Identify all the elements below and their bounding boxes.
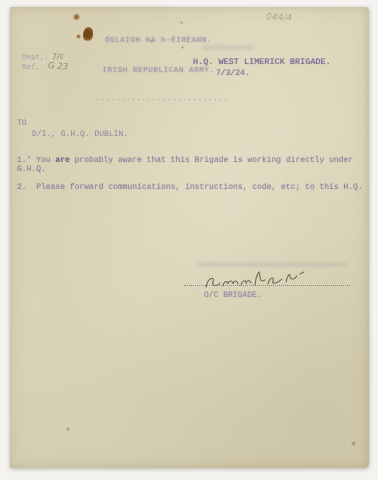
stain-spot xyxy=(76,34,81,39)
para1-number: 1.' xyxy=(17,156,31,165)
paragraph-1-line-2: G.H.Q. xyxy=(17,165,46,174)
stamp-line-english: IRISH REPUBLICAN ARMY. xyxy=(96,66,221,76)
oglaigh-stamp: ÓGLAIGH NA h-ÉIREANN. IRISH REPUBLICAN A… xyxy=(96,16,221,124)
stain-spot xyxy=(73,13,80,21)
stain-spot xyxy=(351,441,356,446)
to-label: TO xyxy=(17,119,27,128)
para1-rest: probably aware that this Brigade is work… xyxy=(70,156,353,165)
dept-value-handwritten: 7/c xyxy=(52,51,65,61)
dept-label: Dept,. xyxy=(22,54,49,62)
dept-line: Dept,.7/c xyxy=(22,52,64,62)
ref-line: Ref,.G 23 xyxy=(22,62,68,72)
ink-smudge xyxy=(202,45,254,50)
stain-spot xyxy=(66,427,70,431)
ink-smudge xyxy=(198,262,346,267)
paragraph-1-line-1: 1.' You are probably aware that this Bri… xyxy=(17,156,353,165)
date: 7/3/24. xyxy=(216,69,250,78)
signatory-title: O/C BRIGADE. xyxy=(204,291,262,300)
archive-number-handwritten: 044/4 xyxy=(266,12,292,23)
stamp-underline-dots: .......................... xyxy=(96,94,221,104)
document-page: ÓGLAIGH NA h-ÉIREANN. IRISH REPUBLICAN A… xyxy=(10,7,369,468)
signature-rule xyxy=(184,279,350,286)
hq-header: H.Q. WEST LIMERICK BRIGADE. xyxy=(193,57,331,67)
ref-label: Ref,. xyxy=(22,64,45,72)
paragraph-2: 2. Please forward communications, instru… xyxy=(17,183,363,192)
para1-emphasis: are xyxy=(55,156,69,165)
addressee: D/I., G.H.Q. DUBLIN. xyxy=(32,130,128,139)
para1-pre: You xyxy=(31,156,55,165)
ref-value-handwritten: G 23 xyxy=(47,61,68,72)
stain-spot xyxy=(83,27,93,42)
